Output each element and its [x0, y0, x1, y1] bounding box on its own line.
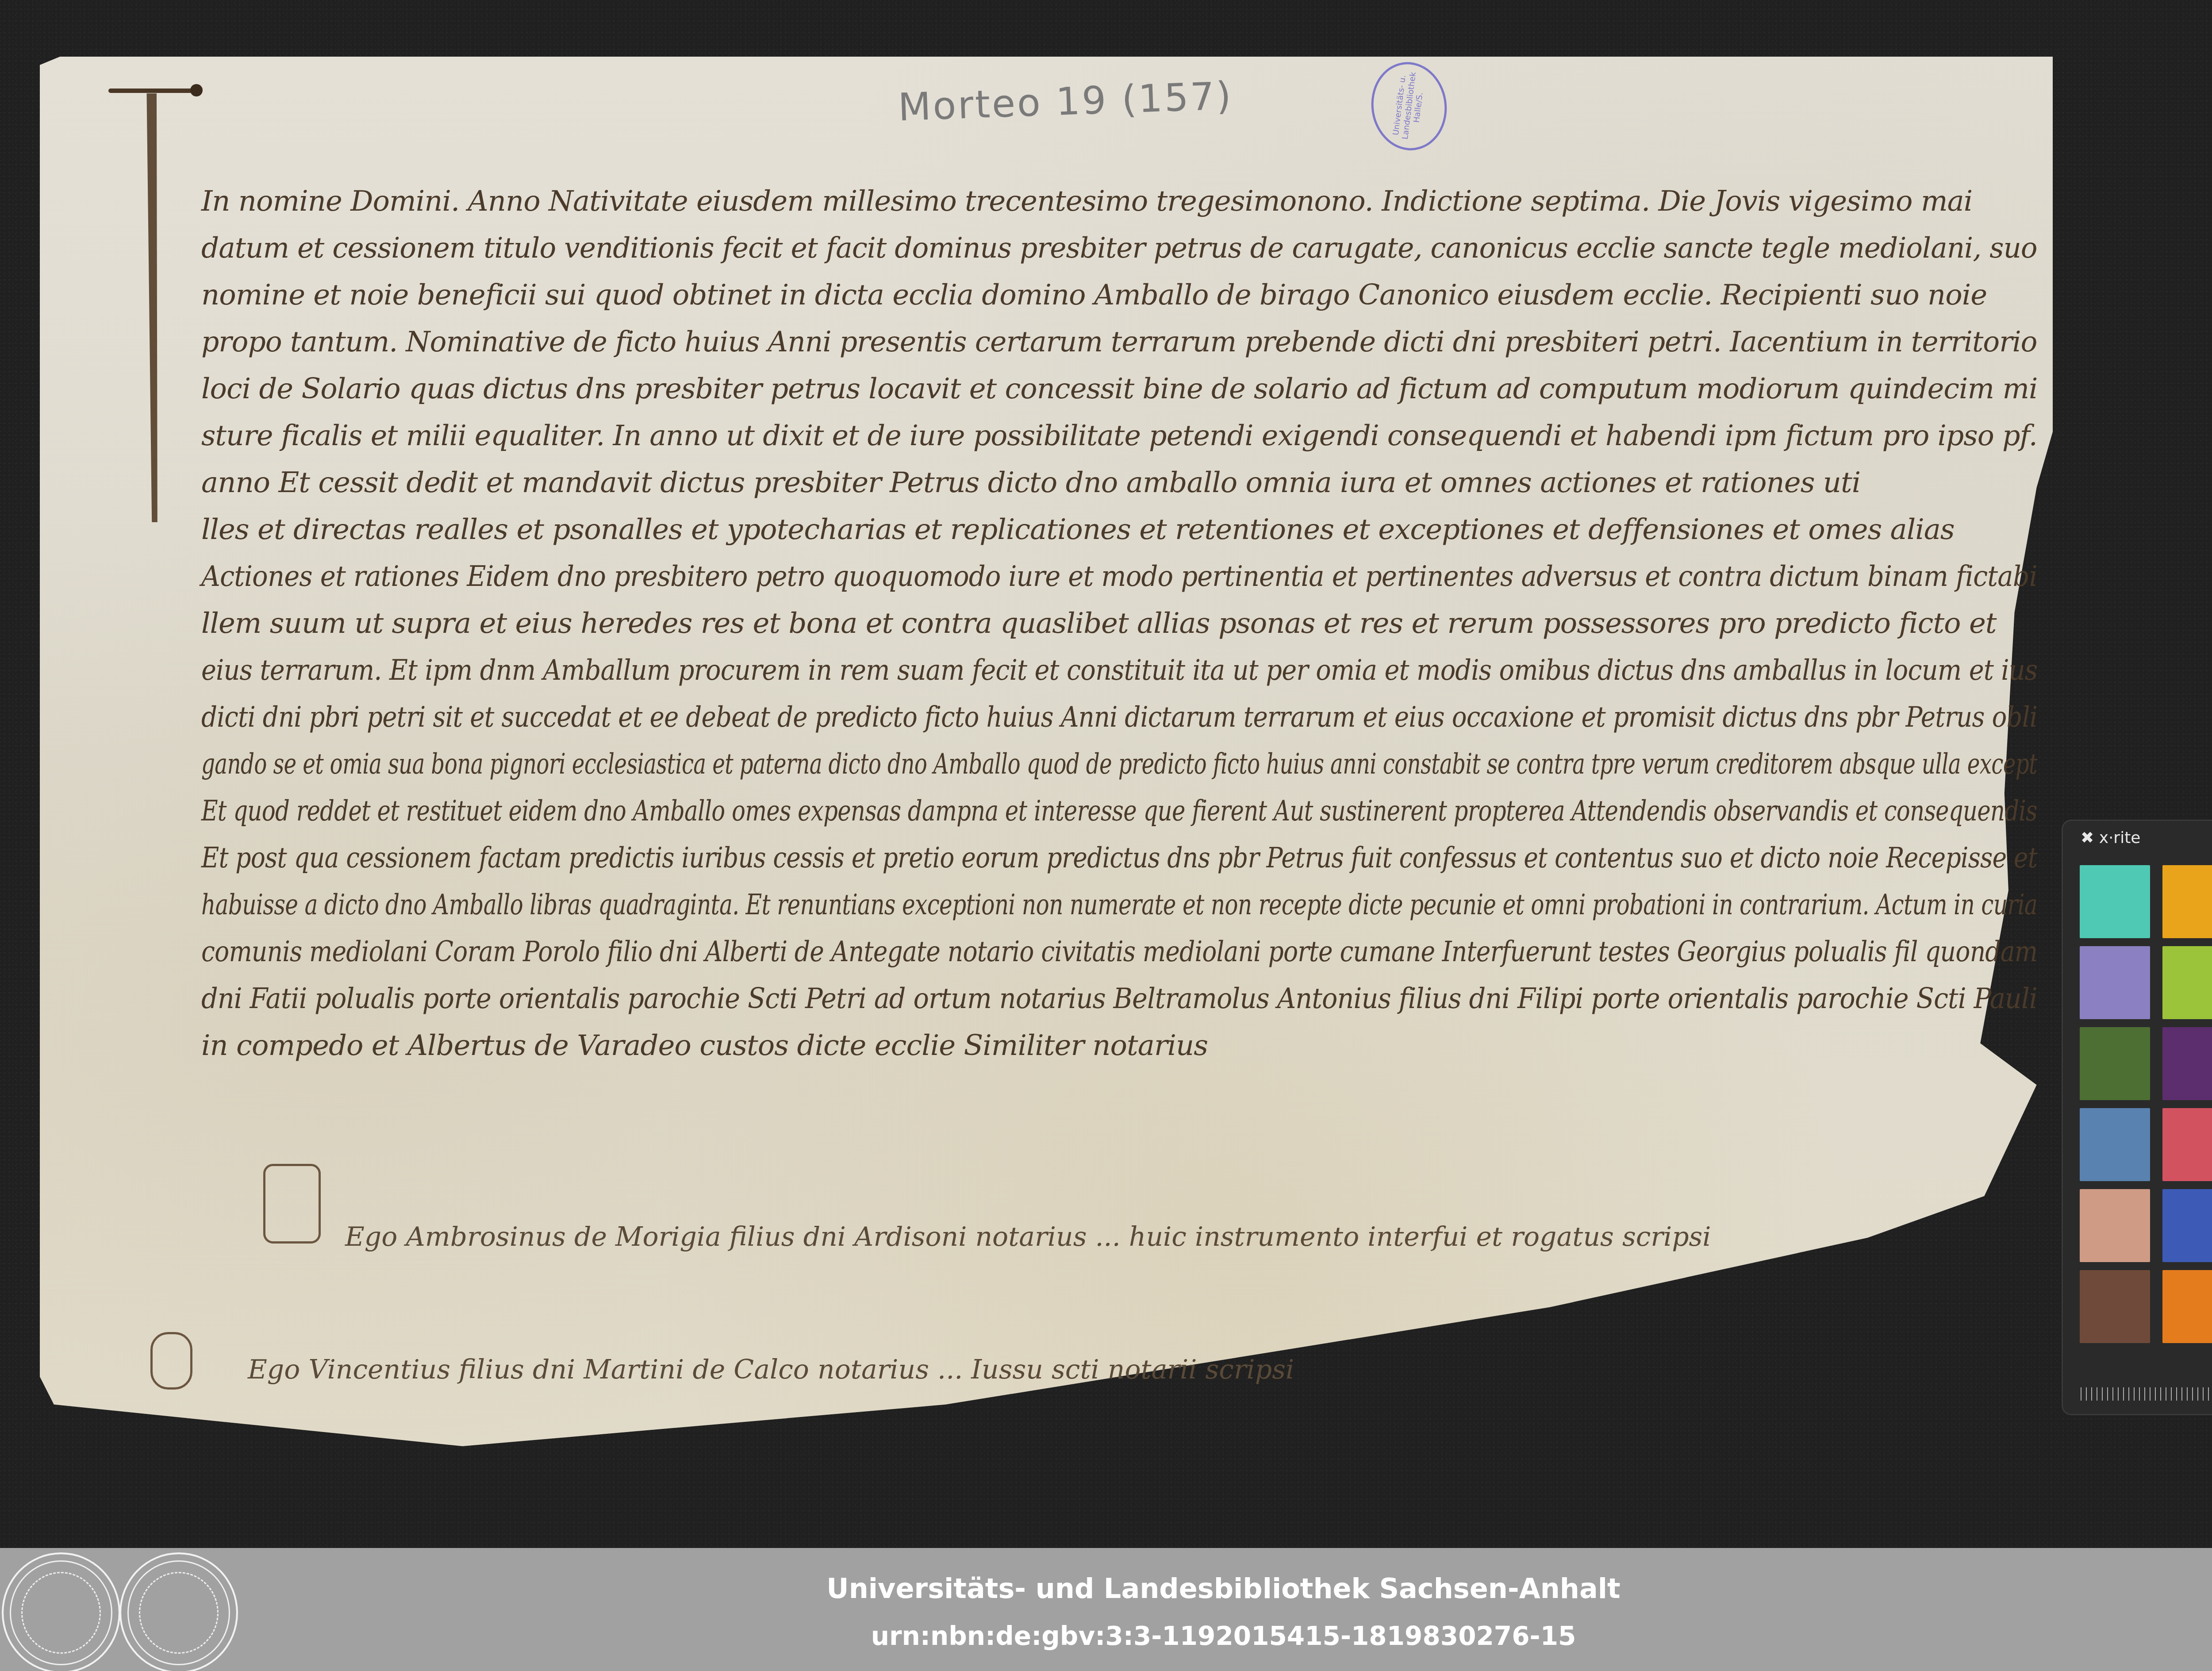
manuscript-line: datum et cessionem titulo venditionis fe… [201, 225, 2003, 272]
manuscript-line: propo tantum. Nominative de ficto huius … [201, 319, 2010, 366]
initial-letter-knob [190, 84, 203, 96]
xrite-x-icon: ✖ [2081, 829, 2094, 847]
notary-subscription-1: Ego Ambrosinus de Morigia filius dni Ard… [345, 1221, 1711, 1252]
manuscript-text: In nomine Domini. Anno Nativitate eiusde… [201, 178, 2037, 1069]
color-patch [2162, 1189, 2212, 1262]
color-patch [2080, 1027, 2150, 1100]
color-patch [2080, 1270, 2150, 1343]
manuscript-line: dicti dni pbri petri sit et succedat et … [201, 694, 1816, 741]
color-patch [2162, 1270, 2212, 1343]
color-patch-grid [2080, 865, 2212, 1343]
university-seal-icon [2, 1552, 120, 1671]
manuscript-line: sture ficalis et milii equaliter. In ann… [201, 412, 2017, 459]
manuscript-line: eius terrarum. Et ipm dnm Amballum procu… [201, 647, 1848, 694]
color-patch [2080, 1108, 2150, 1181]
manuscript-line: Actiones et rationes Eidem dno presbiter… [201, 553, 1902, 600]
urn-identifier[interactable]: urn:nbn:de:gbv:3:3-1192015415-1819830276… [0, 1621, 2212, 1651]
footer-banner: Universitäts- und Landesbibliothek Sachs… [0, 1548, 2212, 1671]
manuscript-line: habuisse a dicto dno Amballo libras quad… [201, 882, 1644, 928]
mm-ruler [2081, 1387, 2212, 1401]
color-patch [2162, 1027, 2212, 1100]
manuscript-line: llem suum ut supra et eius heredes res e… [201, 600, 2037, 647]
manuscript-line: anno Et cessit dedit et mandavit dictus … [201, 459, 2037, 506]
color-patch [2162, 946, 2212, 1019]
library-stamp-text: Universitäts- u. Landesbibliothek Halle/… [1391, 72, 1428, 141]
color-patch [2080, 1189, 2150, 1262]
manuscript-line: in compedo et Albertus de Varadeo custos… [201, 1022, 2037, 1069]
color-patch [2162, 865, 2212, 938]
manuscript-line: comunis mediolani Coram Porolo filio dni… [201, 928, 1784, 975]
color-patch [2162, 1108, 2212, 1181]
manuscript-line: dni Fatii polualis porte orientalis paro… [201, 975, 1891, 1022]
notary-subscription-2: Ego Vincentius filius dni Martini de Cal… [248, 1354, 1294, 1385]
initial-letter-crossbar [108, 89, 197, 93]
manuscript-line: loci de Solario quas dictus dns presbite… [201, 366, 2034, 412]
xrite-logo: ✖ x·rite [2081, 829, 2140, 847]
notary-signum-icon [150, 1332, 192, 1390]
manuscript-line: In nomine Domini. Anno Nativitate eiusde… [201, 178, 2037, 225]
manuscript-line: Et quod reddet et restituet eidem dno Am… [201, 788, 1678, 835]
color-patch [2080, 865, 2150, 938]
wittenberg-seal-icon [119, 1552, 238, 1671]
color-patch [2080, 946, 2150, 1019]
manuscript-line: lles et directas realles et psonalles et… [201, 506, 2037, 553]
color-checker-card: ✖ x·rite colorcheckerCLASSIC + mm [2062, 820, 2212, 1415]
manuscript-line: nomine et noie beneficii sui quod obtine… [201, 272, 2037, 319]
manuscript-line: gando se et omia sua bona pignori eccles… [201, 741, 1594, 788]
manuscript-line: Et post qua cessionem factam predictis i… [201, 835, 1783, 882]
notary-signum-icon [263, 1164, 321, 1244]
institution-name: Universitäts- und Landesbibliothek Sachs… [0, 1572, 2212, 1605]
